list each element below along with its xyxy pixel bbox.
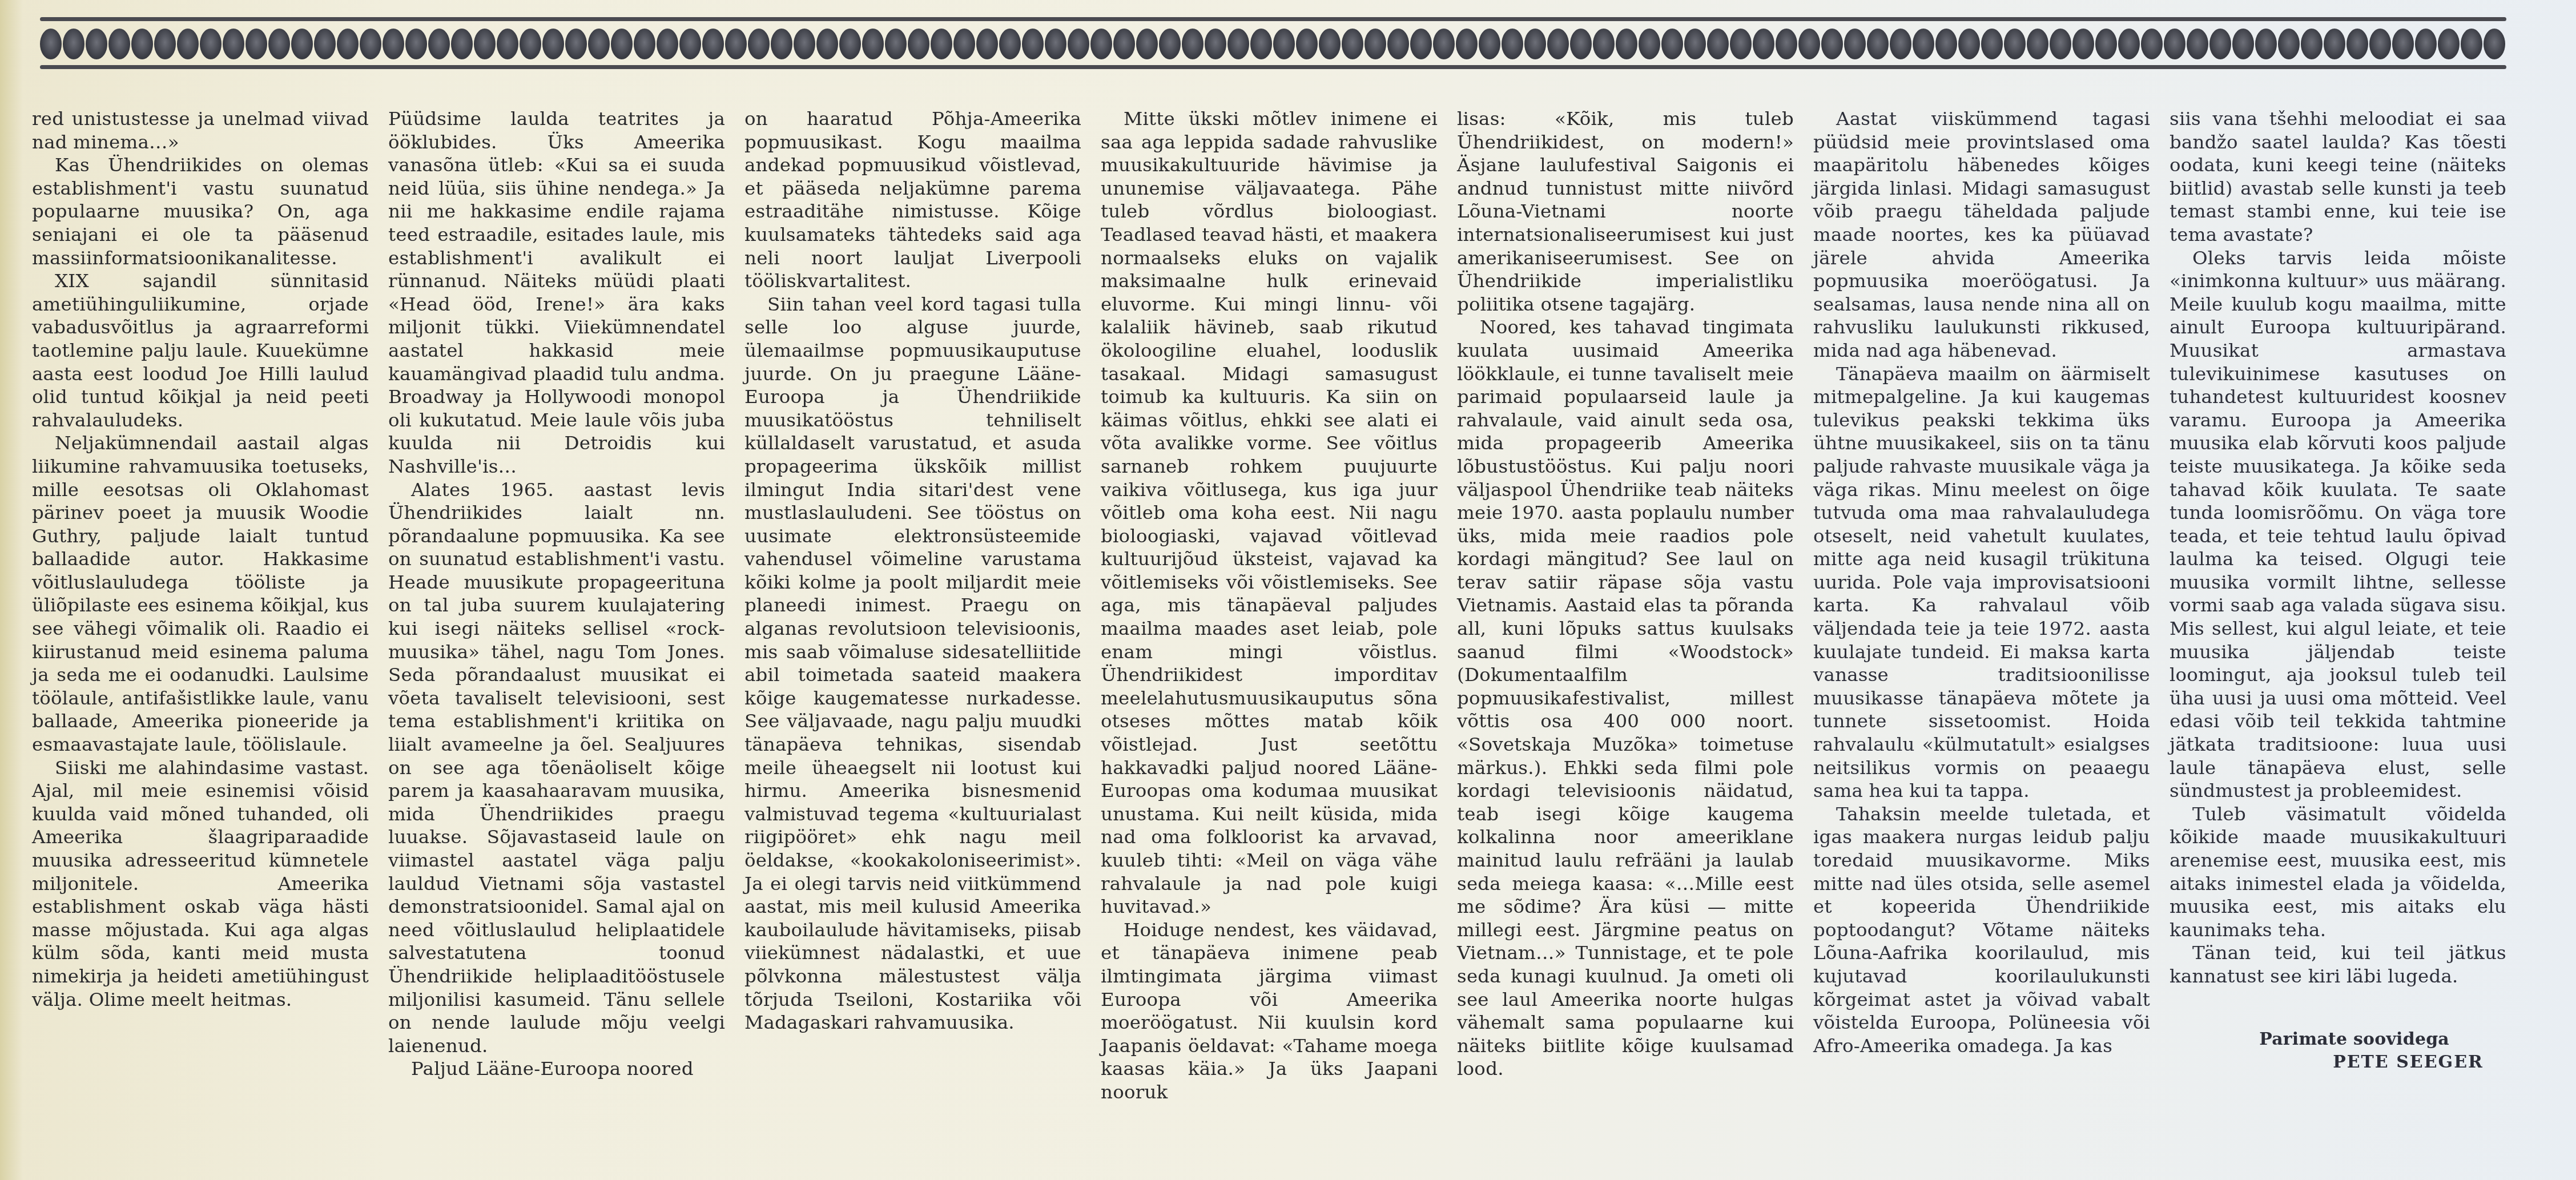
article-paragraph: siis vana tšehhi meloodiat ei saa bandžo… xyxy=(2170,107,2506,247)
bead-ornament-icon xyxy=(2369,29,2391,59)
bead-ornament-icon xyxy=(1342,29,1363,59)
article-paragraph: Hoiduge nendest, kes väidavad, et tänapä… xyxy=(1101,919,1438,1104)
bead-ornament-icon xyxy=(1045,29,1066,59)
bead-ornament-icon xyxy=(2141,29,2163,59)
bead-ornament-icon xyxy=(1935,29,1957,59)
article-paragraph: Neljakümnendail aastail algas liikumine … xyxy=(32,432,369,756)
bead-ornament-icon xyxy=(2461,29,2482,59)
article-paragraph: Tahaksin meelde tuletada, et igas maaker… xyxy=(1813,803,2150,1058)
bead-ornament-icon xyxy=(1890,29,1911,59)
article-paragraph: Noored, kes tahavad tingimata kuulata uu… xyxy=(1457,316,1794,1081)
bead-ornament-icon xyxy=(2346,29,2368,59)
bead-ornament-icon xyxy=(1730,29,1752,59)
bead-ornament-icon xyxy=(2050,29,2071,59)
bead-ornament-icon xyxy=(565,29,587,59)
bead-ornament-icon xyxy=(2072,29,2094,59)
bead-ornament-icon xyxy=(611,29,633,59)
bead-ornament-icon xyxy=(634,29,655,59)
bead-ornament-icon xyxy=(931,29,952,59)
bead-ornament-icon xyxy=(1365,29,1386,59)
bead-ornament-icon xyxy=(1981,29,2003,59)
article-paragraph: Alates 1965. aastast levis Ühendriikides… xyxy=(388,478,725,1058)
bead-ornament-icon xyxy=(657,29,678,59)
article-paragraph: Tänan teid, kui teil jätkus kannatust se… xyxy=(2170,941,2506,988)
article-paragraph: Paljud Lääne-Euroopa noored xyxy=(388,1057,725,1081)
bead-ornament-icon xyxy=(2415,29,2437,59)
bead-ornament-icon xyxy=(1136,29,1158,59)
bead-ornament-icon xyxy=(771,29,792,59)
bead-ornament-icon xyxy=(2209,29,2231,59)
bead-ornament-icon xyxy=(542,29,564,59)
bead-ornament-icon xyxy=(451,29,473,59)
article-column-1: red unistustesse ja unelmad viivad nad m… xyxy=(32,107,369,1055)
bead-ornament-icon xyxy=(1433,29,1455,59)
bead-ornament-icon xyxy=(1684,29,1706,59)
beaded-border-icon xyxy=(40,29,2506,61)
article-column-7: siis vana tšehhi meloodiat ei saa bandžo… xyxy=(2170,107,2506,1055)
bead-ornament-icon xyxy=(725,29,747,59)
bead-ornament-icon xyxy=(1479,29,1500,59)
bead-ornament-icon xyxy=(702,29,724,59)
article-paragraph: XIX sajandil sünnitasid ametiühinguliiku… xyxy=(32,269,369,432)
letter-signoff: Parimate soovidega PETE SEEGER xyxy=(2170,1028,2506,1074)
article-paragraph: red unistustesse ja unelmad viivad nad m… xyxy=(32,107,369,154)
bead-ornament-icon xyxy=(794,29,815,59)
bead-ornament-icon xyxy=(131,29,153,59)
bead-ornament-icon xyxy=(1661,29,1683,59)
article-paragraph: lisas: «Kõik, mis tuleb Ühendriikidest, … xyxy=(1457,107,1794,316)
bottom-rule-line xyxy=(40,65,2506,69)
bead-ornament-icon xyxy=(1113,29,1135,59)
bead-ornament-icon xyxy=(2438,29,2460,59)
article-paragraph: Tuleb väsimatult võidelda kõikide maade … xyxy=(2170,803,2506,942)
bead-ornament-icon xyxy=(2187,29,2208,59)
bead-ornament-icon xyxy=(1913,29,1934,59)
bead-ornament-icon xyxy=(474,29,496,59)
signoff-greeting: Parimate soovidega xyxy=(2170,1028,2449,1051)
bead-ornament-icon xyxy=(154,29,176,59)
author-signature: PETE SEEGER xyxy=(2170,1051,2484,1074)
bead-ornament-icon xyxy=(1205,29,1226,59)
bead-ornament-icon xyxy=(314,29,336,59)
bead-ornament-icon xyxy=(1524,29,1546,59)
article-column-2: Püüdsime laulda teatrites ja ööklubides.… xyxy=(388,107,725,1055)
bead-ornament-icon xyxy=(2278,29,2300,59)
bead-ornament-icon xyxy=(1273,29,1295,59)
article-paragraph: Kas Ühendriikides on olemas establishmen… xyxy=(32,154,369,269)
bead-ornament-icon xyxy=(383,29,404,59)
bead-ornament-icon xyxy=(2164,29,2185,59)
bead-ornament-icon xyxy=(1410,29,1432,59)
bead-ornament-icon xyxy=(1867,29,1889,59)
bead-ornament-icon xyxy=(40,29,62,59)
bead-ornament-icon xyxy=(497,29,518,59)
bead-ornament-icon xyxy=(1182,29,1204,59)
article-column-6: Aastat viiskümmend tagasi püüdsid meie p… xyxy=(1813,107,2150,1055)
article-paragraph: Püüdsime laulda teatrites ja ööklubides.… xyxy=(388,107,725,478)
bead-ornament-icon xyxy=(953,29,975,59)
article-column-5: lisas: «Kõik, mis tuleb Ühendriikidest, … xyxy=(1457,107,1794,1055)
bead-ornament-icon xyxy=(1547,29,1569,59)
bead-ornament-icon xyxy=(1159,29,1181,59)
bead-ornament-icon xyxy=(999,29,1021,59)
bead-ornament-icon xyxy=(1227,29,1249,59)
bead-ornament-icon xyxy=(908,29,929,59)
bead-ornament-icon xyxy=(1798,29,1820,59)
bead-ornament-icon xyxy=(1776,29,1797,59)
bead-ornament-icon xyxy=(360,29,381,59)
bead-ornament-icon xyxy=(2027,29,2048,59)
bead-ornament-icon xyxy=(1844,29,1866,59)
bead-ornament-icon xyxy=(268,29,290,59)
bead-ornament-icon xyxy=(1319,29,1341,59)
bead-ornament-icon xyxy=(405,29,427,59)
article-paragraph: Tänapäeva maailm on äärmiselt mitmepalge… xyxy=(1813,363,2150,803)
article-paragraph: Mitte ükski mõtlev inimene ei saa aga le… xyxy=(1101,107,1438,919)
bead-ornament-icon xyxy=(428,29,450,59)
bead-ornament-icon xyxy=(63,29,84,59)
bead-ornament-icon xyxy=(1250,29,1272,59)
bead-ornament-icon xyxy=(1593,29,1615,59)
bead-ornament-icon xyxy=(177,29,199,59)
bead-ornament-icon xyxy=(245,29,267,59)
bead-ornament-icon xyxy=(1570,29,1592,59)
bead-ornament-icon xyxy=(2095,29,2117,59)
page-edge-shadow xyxy=(0,0,23,1180)
article-paragraph: Siin tahan veel kord tagasi tulla selle … xyxy=(744,293,1081,1034)
bead-ornament-icon xyxy=(2324,29,2345,59)
bead-ornament-icon xyxy=(1502,29,1523,59)
bead-ornament-icon xyxy=(1090,29,1112,59)
bead-ornament-icon xyxy=(1639,29,1660,59)
bead-ornament-icon xyxy=(679,29,701,59)
bead-ornament-icon xyxy=(1707,29,1729,59)
bead-ornament-icon xyxy=(1753,29,1774,59)
bead-ornament-icon xyxy=(200,29,222,59)
newspaper-article: red unistustesse ja unelmad viivad nad m… xyxy=(32,107,2510,1055)
bead-ornament-icon xyxy=(2392,29,2414,59)
bead-ornament-icon xyxy=(2232,29,2254,59)
decorative-header-border xyxy=(40,16,2506,73)
bead-ornament-icon xyxy=(1958,29,1980,59)
bead-ornament-icon xyxy=(1821,29,1843,59)
bead-ornament-icon xyxy=(2301,29,2323,59)
top-rule-line xyxy=(40,17,2506,21)
bead-ornament-icon xyxy=(1387,29,1409,59)
bead-ornament-icon xyxy=(291,29,313,59)
article-paragraph: Siiski me alahindasime vastast. Ajal, mi… xyxy=(32,756,369,1012)
bead-ornament-icon xyxy=(223,29,244,59)
bead-ornament-icon xyxy=(862,29,884,59)
article-paragraph: on haaratud Põhja-Ameerika popmuusikast.… xyxy=(744,107,1081,293)
bead-ornament-icon xyxy=(885,29,907,59)
bead-ornament-icon xyxy=(86,29,107,59)
article-column-3: on haaratud Põhja-Ameerika popmuusikast.… xyxy=(744,107,1081,1055)
bead-ornament-icon xyxy=(2004,29,2026,59)
bead-ornament-icon xyxy=(2118,29,2140,59)
bead-ornament-icon xyxy=(2255,29,2277,59)
bead-ornament-icon xyxy=(1296,29,1318,59)
bead-ornament-icon xyxy=(816,29,838,59)
bead-ornament-icon xyxy=(2484,29,2505,59)
bead-ornament-icon xyxy=(337,29,359,59)
bead-ornament-icon xyxy=(976,29,998,59)
article-paragraph: Oleks tarvis leida mõiste «inimkonna kul… xyxy=(2170,247,2506,803)
bead-ornament-icon xyxy=(520,29,541,59)
bead-ornament-icon xyxy=(748,29,770,59)
bead-ornament-icon xyxy=(1022,29,1044,59)
bead-ornament-icon xyxy=(588,29,610,59)
article-column-4: Mitte ükski mõtlev inimene ei saa aga le… xyxy=(1101,107,1438,1055)
bead-ornament-icon xyxy=(1616,29,1637,59)
bead-ornament-icon xyxy=(1456,29,1478,59)
bead-ornament-icon xyxy=(1068,29,1089,59)
bead-ornament-icon xyxy=(108,29,130,59)
article-paragraph: Aastat viiskümmend tagasi püüdsid meie p… xyxy=(1813,107,2150,363)
bead-ornament-icon xyxy=(839,29,861,59)
